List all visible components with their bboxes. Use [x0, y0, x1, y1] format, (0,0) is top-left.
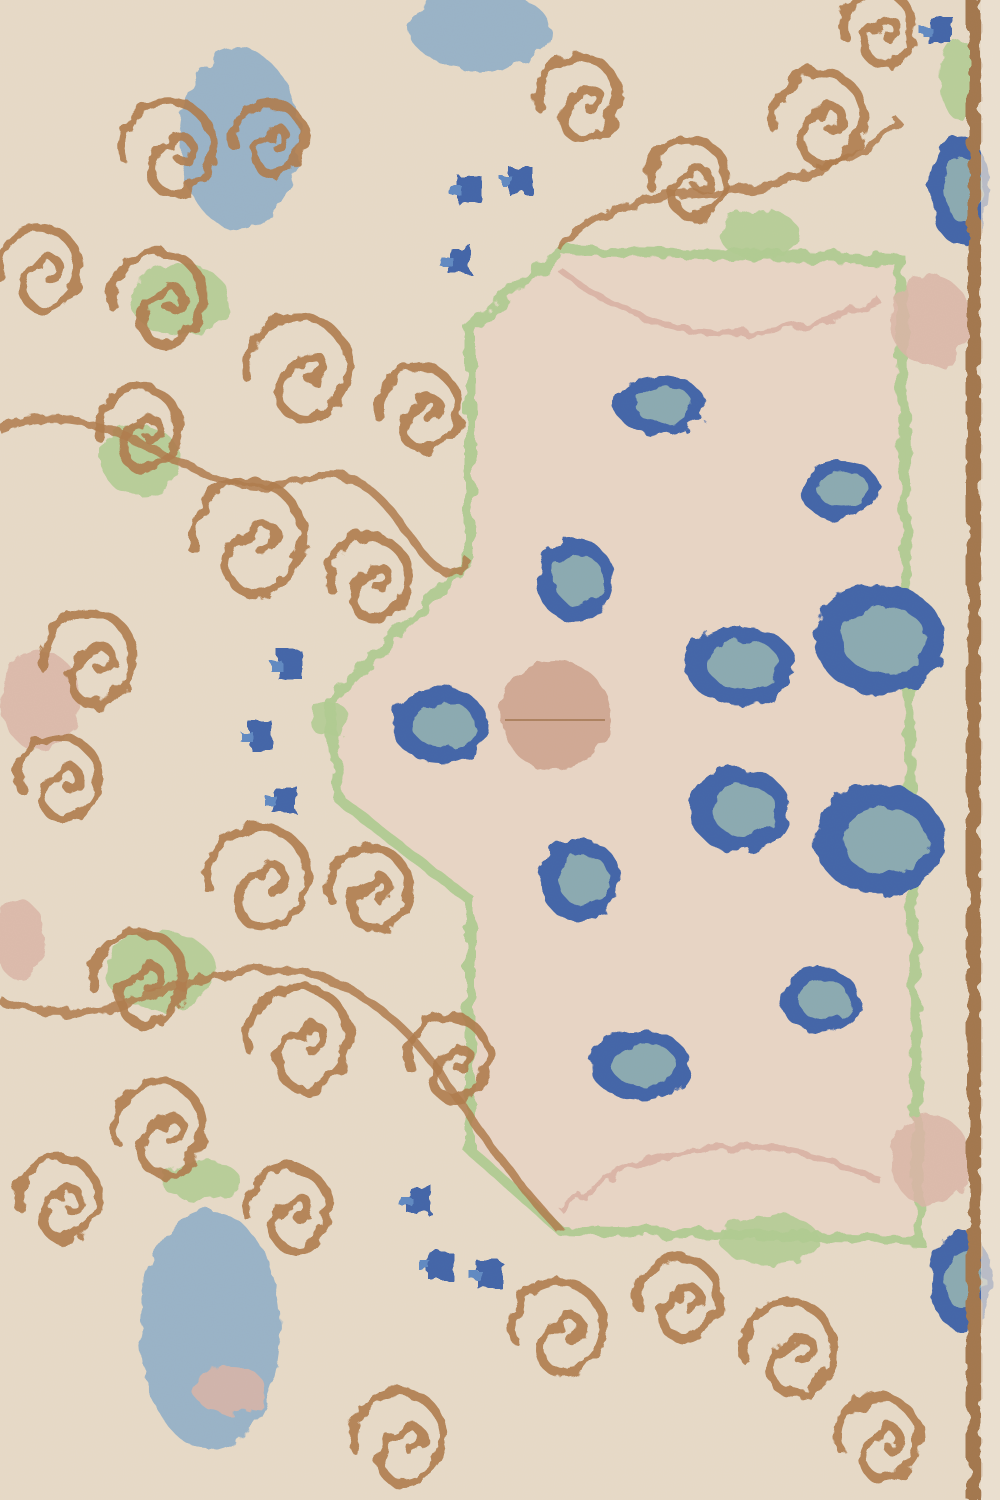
rug-photo: [0, 0, 1000, 1500]
wool-texture-overlay: [0, 0, 1000, 1500]
rug-pattern: [0, 0, 1000, 1500]
